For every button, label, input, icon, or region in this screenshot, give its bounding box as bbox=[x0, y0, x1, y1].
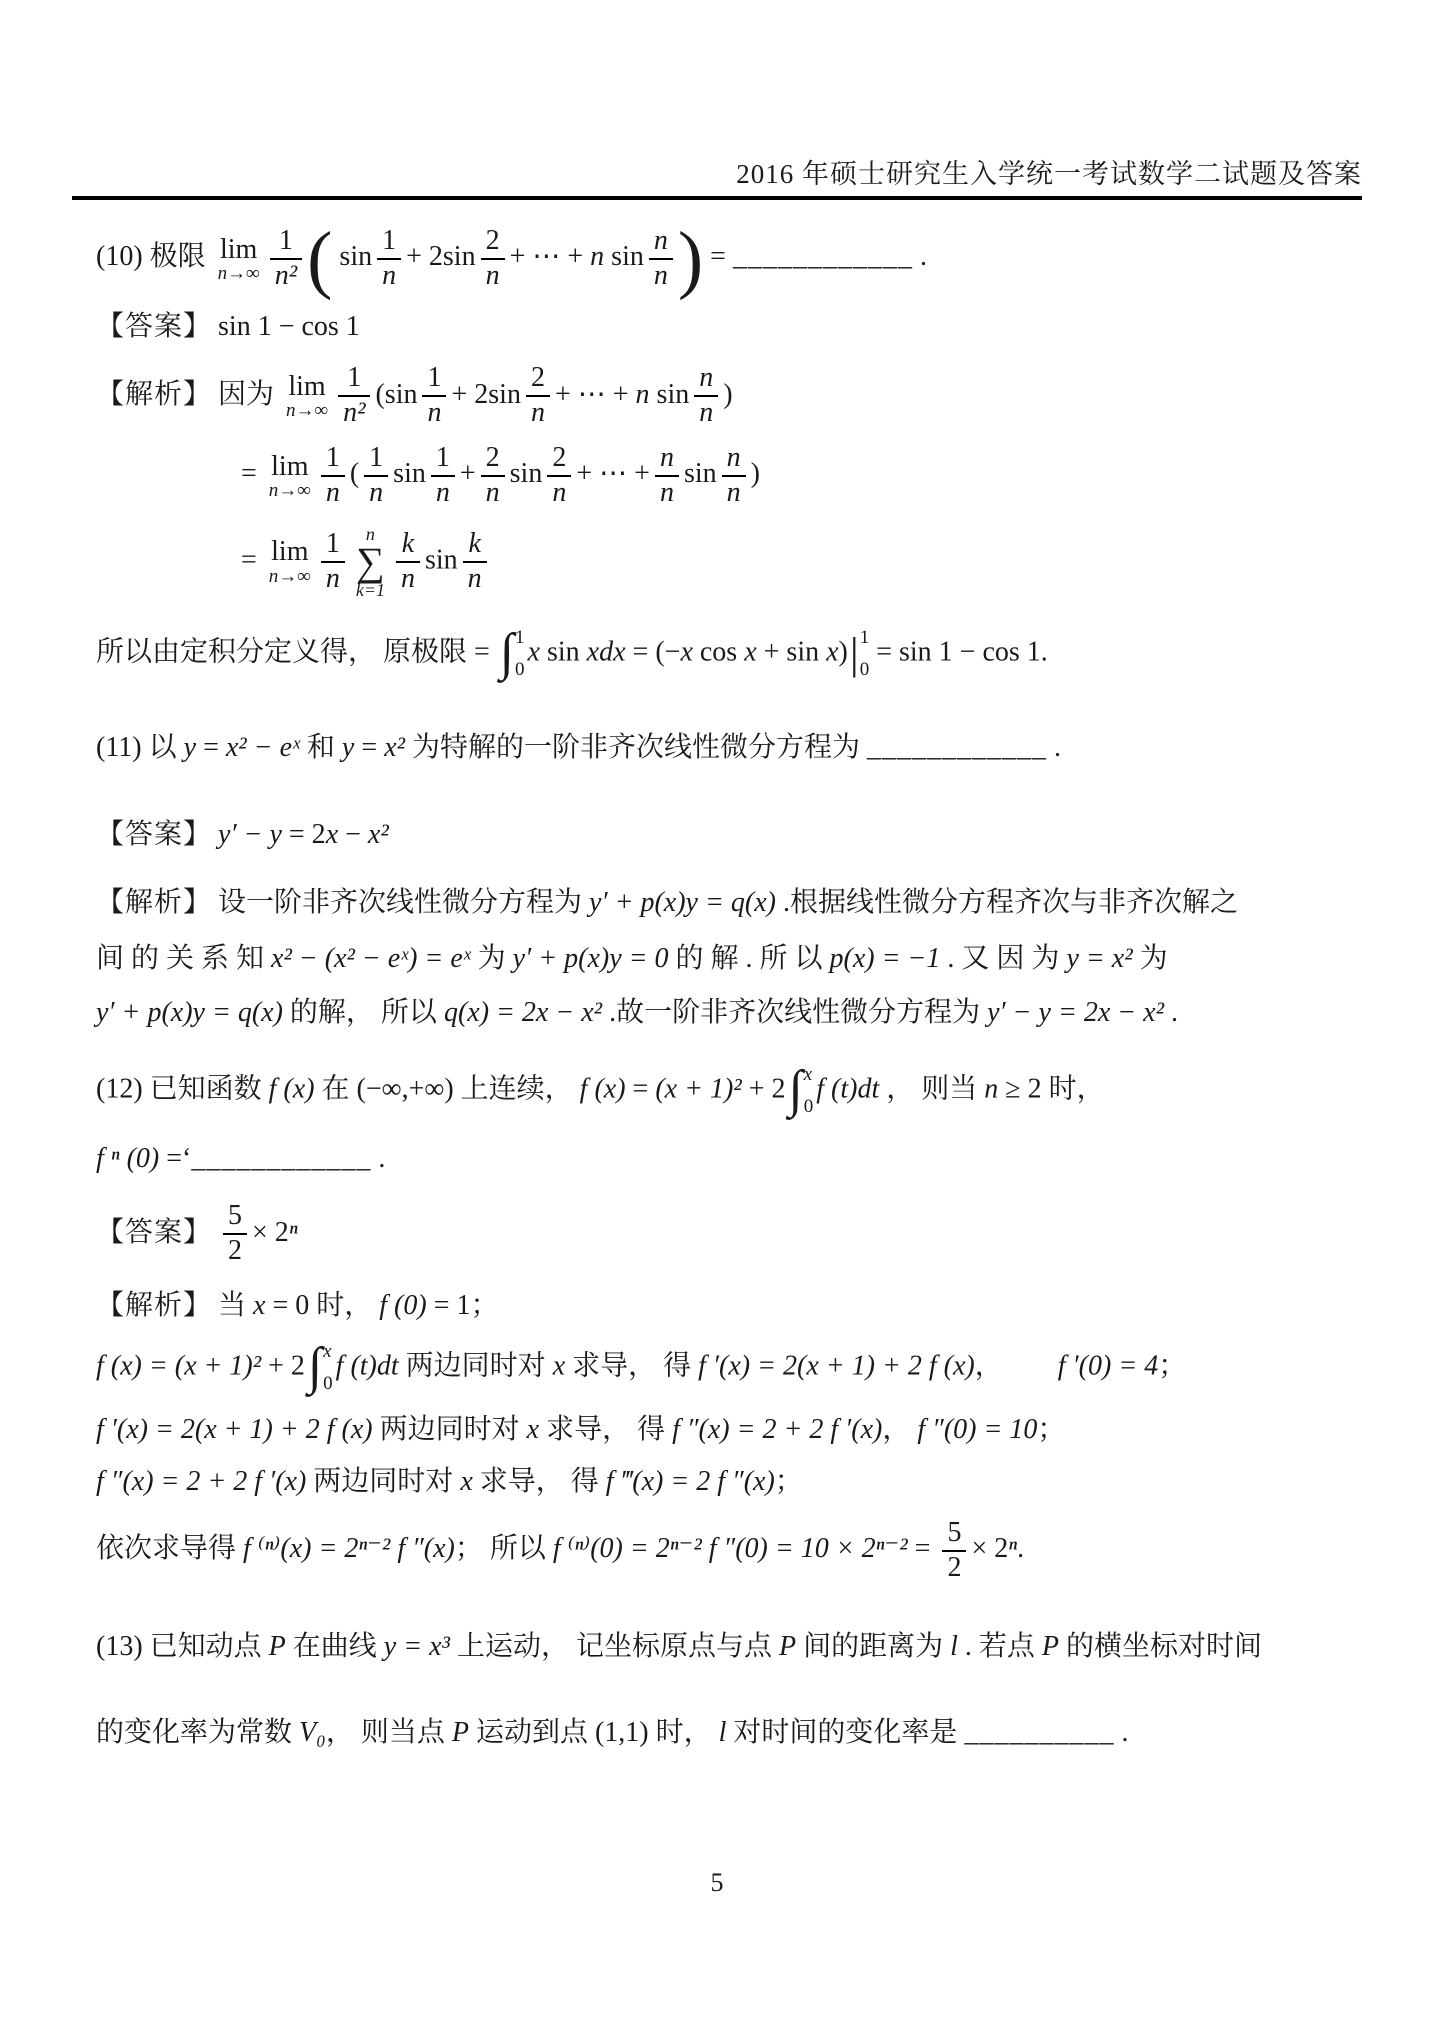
math-variable: x² bbox=[384, 732, 405, 763]
math-text: sin bbox=[604, 241, 644, 272]
math-variable: f ″(0) = 10 bbox=[917, 1414, 1037, 1445]
math-text: = bbox=[703, 241, 733, 272]
fraction-numerator: k bbox=[396, 529, 420, 563]
math-text: × 2 bbox=[971, 1534, 1008, 1565]
math-variable: p(x) = −1 bbox=[830, 943, 941, 974]
math-text: = bbox=[908, 1534, 938, 1565]
limit-operator: limn→∞ bbox=[286, 372, 328, 420]
math-text: = bbox=[241, 544, 264, 575]
math-text: − bbox=[338, 819, 368, 850]
math-variable: y = x³ bbox=[384, 1631, 450, 1662]
math-text: = bbox=[626, 1073, 656, 1104]
fraction-numerator: 1 bbox=[270, 226, 302, 260]
fraction-denominator: n bbox=[722, 477, 746, 509]
math-variable: q(x) = 2x − x² bbox=[444, 997, 602, 1028]
analysis-10-line-3: = limn→∞1nn∑k=1knsinkn bbox=[96, 525, 1360, 599]
math-text: . bbox=[1114, 1717, 1128, 1748]
math-variable: f (x) bbox=[580, 1073, 626, 1104]
math-text: 上运动， 记坐标原点与点 bbox=[450, 1631, 779, 1662]
fraction-denominator: n bbox=[396, 563, 420, 595]
analysis-12-line-1: 【解析】当 x = 0 时， f (0) = 1； bbox=[96, 1287, 1360, 1325]
upper-limit: 1 bbox=[515, 625, 525, 651]
question-11: (11) 以 y = x² − eˣ 和 y = x² 为特解的一阶非齐次线性微… bbox=[96, 729, 1360, 767]
fraction: 2n bbox=[481, 226, 505, 292]
math-text: × 2 bbox=[252, 1217, 289, 1248]
lim-subscript: n→∞ bbox=[286, 401, 328, 420]
fraction-numerator: 1 bbox=[431, 443, 455, 477]
math-text: 两边同时对 bbox=[399, 1350, 553, 1381]
integral: ∫x0 bbox=[789, 1062, 814, 1120]
analysis-10-line-2: = limn→∞1n(1nsin1n+2nsin2n+ ⋯ +nnsinnn) bbox=[96, 443, 1360, 509]
math-text: = 1； bbox=[427, 1290, 499, 1321]
math-text: ) bbox=[751, 458, 760, 489]
math-text: sin bbox=[425, 544, 458, 575]
math-text: = (− bbox=[626, 636, 681, 667]
analysis-11-formula-1: 设一阶非齐次线性微分方程为 y′ + p(x)y = q(x) .根据线性微分方… bbox=[218, 887, 1238, 918]
answer-label: 【答案】 bbox=[96, 819, 212, 850]
math-text: sin bbox=[332, 241, 372, 272]
math-variable: y′ − y = 2x − x² bbox=[987, 997, 1164, 1028]
fraction-denominator: n bbox=[422, 397, 446, 429]
math-text: (13) 已知动点 bbox=[96, 1631, 269, 1662]
math-variable: f ′(x) = 2(x + 1) + 2 f (x) bbox=[96, 1414, 373, 1445]
math-variable: (x + 1)² bbox=[655, 1073, 741, 1104]
integral: ∫10 bbox=[500, 625, 525, 683]
lim-subscript: n→∞ bbox=[218, 264, 260, 283]
limits: 10 bbox=[515, 625, 525, 683]
math-text: = sin 1 − cos 1. bbox=[869, 636, 1048, 667]
limit-operator: limn→∞ bbox=[218, 235, 260, 283]
math-variable: x² bbox=[368, 819, 389, 850]
math-text: 两边同时对 bbox=[306, 1466, 460, 1497]
fraction: 2n bbox=[526, 363, 550, 429]
math-text: + 2sin bbox=[451, 379, 520, 410]
math-text: ) bbox=[723, 379, 732, 410]
math-variable: x bbox=[527, 1414, 539, 1445]
sum-lower-limit: k=1 bbox=[356, 581, 385, 599]
math-variable: n bbox=[636, 379, 650, 410]
big-paren: ) bbox=[678, 217, 703, 301]
fraction-denominator: 2 bbox=[942, 1552, 966, 1584]
math-variable: x² − eˣ bbox=[226, 732, 300, 763]
fraction: 1n bbox=[377, 226, 401, 292]
bar-symbol: | bbox=[850, 634, 859, 674]
fraction-numerator: 1 bbox=[321, 443, 345, 477]
fraction: kn bbox=[463, 529, 487, 595]
fraction-numerator: n bbox=[722, 443, 746, 477]
math-text: sin bbox=[540, 636, 587, 667]
fraction: 1n² bbox=[338, 363, 370, 429]
math-variable: x bbox=[553, 1350, 565, 1381]
fraction-denominator: n bbox=[694, 397, 718, 429]
lim-symbol: lim bbox=[286, 372, 328, 401]
math-variable: ⁿ bbox=[289, 1217, 298, 1248]
math-text: (10) 极限 bbox=[96, 241, 213, 272]
page-number: 5 bbox=[0, 1868, 1434, 1898]
analysis-10-formula-1: 因为 limn→∞1n²(sin1n+ 2sin2n+ ⋯ + n sinnn) bbox=[218, 379, 733, 410]
math-text: =‘ bbox=[159, 1143, 191, 1174]
math-text: + 2 bbox=[742, 1073, 786, 1104]
math-text: ( bbox=[350, 458, 359, 489]
fraction-denominator: n bbox=[649, 260, 673, 292]
fraction-denominator: n bbox=[481, 260, 505, 292]
question-12-line-1: (12) 已知函数 f (x) 在 (−∞,+∞) 上连续， f (x) = (… bbox=[96, 1062, 1360, 1120]
math-text: 间 的 关 系 知 bbox=[96, 943, 271, 974]
fraction: nn bbox=[655, 443, 679, 509]
fraction-denominator: n² bbox=[338, 397, 370, 429]
fraction-numerator: 5 bbox=[223, 1201, 247, 1235]
analysis-label: 【解析】 bbox=[96, 887, 212, 918]
fraction-numerator: 5 bbox=[942, 1518, 966, 1552]
upper-limit: x bbox=[804, 1062, 814, 1088]
math-variable: x bbox=[326, 819, 338, 850]
math-text: = bbox=[241, 458, 264, 489]
math-variable: f ″(x) = 2 + 2 f ′(x) bbox=[672, 1414, 882, 1445]
math-text: 为特解的一阶非齐次线性微分方程为 bbox=[405, 732, 867, 763]
fraction-numerator: 1 bbox=[338, 363, 370, 397]
answer-12-value: 52× 2ⁿ bbox=[218, 1217, 298, 1248]
analysis-12-formula-1: 当 x = 0 时， f (0) = 1； bbox=[218, 1290, 498, 1321]
math-text: 在 (−∞,+∞) 上连续， bbox=[315, 1073, 580, 1104]
answer-blank: ____________ bbox=[867, 732, 1047, 763]
math-text: + ⋯ + bbox=[555, 379, 636, 410]
math-variable: f ‴(x) = 2 f ″(x) bbox=[606, 1466, 775, 1497]
fraction-denominator: n bbox=[481, 477, 505, 509]
math-variable: P bbox=[1042, 1631, 1059, 1662]
page-header: 2016 年硕士研究生入学统一考试数学二试题及答案 bbox=[72, 0, 1362, 200]
math-variable: y = x² bbox=[1066, 943, 1132, 974]
math-text: sin bbox=[684, 458, 717, 489]
fraction-numerator: 2 bbox=[526, 363, 550, 397]
big-paren: ( bbox=[307, 217, 332, 301]
document-title: 2016 年硕士研究生入学统一考试数学二试题及答案 bbox=[736, 159, 1362, 189]
fraction-denominator: n bbox=[321, 563, 345, 595]
math-variable: f ′(x) = 2(x + 1) + 2 f (x) bbox=[698, 1350, 975, 1381]
math-variable: y bbox=[342, 732, 354, 763]
math-variable: f (t)dt bbox=[336, 1350, 399, 1381]
math-text: . bbox=[371, 1143, 385, 1174]
fraction-denominator: n bbox=[526, 397, 550, 429]
math-text: (11) 以 bbox=[96, 732, 184, 763]
math-text: 在曲线 bbox=[286, 1631, 384, 1662]
analysis-label: 【解析】 bbox=[96, 379, 212, 410]
math-variable: f (0) bbox=[379, 1290, 426, 1321]
integral-symbol: ∫ bbox=[308, 1344, 322, 1391]
math-variable: n bbox=[590, 241, 604, 272]
math-variable: f ⁿ (0) bbox=[96, 1143, 159, 1174]
fraction: 1n bbox=[321, 443, 345, 509]
math-text: + ⋯ + bbox=[576, 458, 650, 489]
math-text: 对时间的变化率是 bbox=[726, 1717, 964, 1748]
math-text: 间的距离为 bbox=[796, 1631, 950, 1662]
math-text: 因为 bbox=[218, 379, 281, 410]
math-text: . 若点 bbox=[958, 1631, 1042, 1662]
upper-limit: x bbox=[323, 1339, 333, 1365]
lim-subscript: n→∞ bbox=[269, 567, 311, 586]
math-text: = bbox=[354, 732, 384, 763]
math-variable: y′ + p(x)y = q(x) bbox=[589, 887, 776, 918]
math-text: ， 则当点 bbox=[326, 1717, 452, 1748]
math-variable: P bbox=[452, 1717, 469, 1748]
math-variable: x bbox=[528, 636, 540, 667]
fraction-numerator: 2 bbox=[481, 226, 505, 260]
math-text: ， bbox=[975, 1350, 1003, 1381]
lower-limit: 0 bbox=[515, 657, 525, 683]
math-variable: y′ − y bbox=[218, 819, 282, 850]
sum-symbol: ∑ bbox=[356, 543, 385, 581]
fraction-numerator: 1 bbox=[422, 363, 446, 397]
answer-10: 【答案】sin 1 − cos 1 bbox=[96, 308, 1360, 346]
evaluation-bar: |10 bbox=[850, 625, 869, 683]
math-variable: xdx bbox=[587, 636, 626, 667]
math-text: + ⋯ + bbox=[510, 241, 591, 272]
math-variable: y′ + p(x)y = 0 bbox=[513, 943, 669, 974]
math-text: . bbox=[1017, 1534, 1024, 1565]
math-text: sin bbox=[393, 458, 426, 489]
question-12-line-2: f ⁿ (0) =‘____________ . bbox=[96, 1140, 1360, 1178]
fraction-numerator: 1 bbox=[321, 529, 345, 563]
fraction-numerator: 2 bbox=[481, 443, 505, 477]
fraction: 1n bbox=[321, 529, 345, 595]
math-text: sin bbox=[650, 379, 690, 410]
math-variable: f (t)dt bbox=[816, 1073, 879, 1104]
math-variable: f ⁽ⁿ⁾(0) = 2ⁿ⁻² f ″(0) = 10 × 2ⁿ⁻² bbox=[553, 1534, 908, 1565]
math-variable: ⁿ bbox=[1008, 1534, 1017, 1565]
math-text: 当 bbox=[218, 1290, 253, 1321]
math-text: 的解， 所以 bbox=[283, 997, 444, 1028]
fraction: kn bbox=[396, 529, 420, 595]
math-text: 求导， 得 bbox=[473, 1466, 606, 1497]
answer-label: 【答案】 bbox=[96, 311, 212, 342]
math-text: ≥ 2 时， bbox=[998, 1073, 1104, 1104]
math-text: 为 bbox=[1133, 943, 1168, 974]
fraction-numerator: k bbox=[463, 529, 487, 563]
analysis-11-line-1: 【解析】设一阶非齐次线性微分方程为 y′ + p(x)y = q(x) .根据线… bbox=[96, 884, 1360, 922]
fraction-numerator: 2 bbox=[547, 443, 571, 477]
fraction: 1n² bbox=[270, 226, 302, 292]
fraction-denominator: n bbox=[463, 563, 487, 595]
fraction: nn bbox=[649, 226, 673, 292]
math-variable: n bbox=[984, 1073, 998, 1104]
lower-limit: 0 bbox=[323, 1371, 333, 1397]
lower-limit: 0 bbox=[860, 657, 870, 683]
math-variable: l bbox=[950, 1631, 958, 1662]
answer-blank: __________ bbox=[964, 1717, 1114, 1748]
math-text: 运动到点 (1,1) 时， bbox=[469, 1717, 719, 1748]
lower-limit: 0 bbox=[804, 1094, 814, 1120]
math-text: . 又 因 为 bbox=[940, 943, 1066, 974]
math-text: ； 所以 bbox=[455, 1534, 553, 1565]
math-text: 和 bbox=[300, 732, 342, 763]
fraction: 1n bbox=[422, 363, 446, 429]
integral-symbol: ∫ bbox=[789, 1067, 803, 1114]
analysis-10-line-1: 【解析】因为 limn→∞1n²(sin1n+ 2sin2n+ ⋯ + n si… bbox=[96, 363, 1360, 429]
analysis-label: 【解析】 bbox=[96, 1290, 212, 1321]
math-variable: f ′(0) = 4 bbox=[1058, 1350, 1158, 1381]
fraction-denominator: n bbox=[431, 477, 455, 509]
integral-symbol: ∫ bbox=[500, 630, 514, 677]
answer-10-value: sin 1 − cos 1 bbox=[218, 311, 360, 342]
math-variable: P bbox=[779, 1631, 796, 1662]
math-text: 的 解 . 所 以 bbox=[669, 943, 830, 974]
math-variable: f (x) bbox=[269, 1073, 315, 1104]
math-text: + 2 bbox=[261, 1350, 305, 1381]
answer-blank: ____________ bbox=[733, 241, 913, 272]
integral: ∫x0 bbox=[308, 1339, 333, 1397]
limits: x0 bbox=[804, 1062, 814, 1120]
limits: 10 bbox=[860, 625, 870, 683]
fraction-denominator: n bbox=[547, 477, 571, 509]
fraction: nn bbox=[694, 363, 718, 429]
fraction-numerator: n bbox=[655, 443, 679, 477]
math-text: . bbox=[1047, 732, 1061, 763]
math-variable: P bbox=[269, 1631, 286, 1662]
math-variable: V₀ bbox=[299, 1717, 326, 1748]
lim-symbol: lim bbox=[218, 235, 260, 264]
fraction: 1n bbox=[431, 443, 455, 509]
math-text: ； bbox=[775, 1466, 803, 1497]
math-text: (12) 已知函数 bbox=[96, 1073, 269, 1104]
analysis-12-line-5: 依次求导得 f ⁽ⁿ⁾(x) = 2ⁿ⁻² f ″(x)； 所以 f ⁽ⁿ⁾(0… bbox=[96, 1518, 1360, 1584]
lim-symbol: lim bbox=[269, 452, 311, 481]
math-variable: y bbox=[184, 732, 196, 763]
math-text: 为 bbox=[471, 943, 513, 974]
math-variable: x bbox=[460, 1466, 472, 1497]
fraction: 1n bbox=[364, 443, 388, 509]
page-content: (10) 极限 limn→∞1n²( sin1n+ 2sin2n+ ⋯ + n … bbox=[0, 226, 1434, 1752]
fraction: 2n bbox=[481, 443, 505, 509]
math-text: ； bbox=[1158, 1350, 1186, 1381]
math-text: + sin bbox=[757, 636, 826, 667]
lim-subscript: n→∞ bbox=[269, 481, 311, 500]
answer-12: 【答案】52× 2ⁿ bbox=[96, 1201, 1360, 1267]
math-text: = bbox=[196, 732, 226, 763]
summation: n∑k=1 bbox=[356, 525, 385, 599]
math-text: 求导， 得 bbox=[565, 1350, 698, 1381]
analysis-12-line-4: f ″(x) = 2 + 2 f ′(x) 两边同时对 x 求导， 得 f ‴(… bbox=[96, 1463, 1360, 1501]
fraction-numerator: n bbox=[694, 363, 718, 397]
fraction: 52 bbox=[223, 1201, 247, 1267]
limit-operator: limn→∞ bbox=[269, 452, 311, 500]
answer-blank: ____________ bbox=[191, 1143, 371, 1174]
fraction-numerator: n bbox=[649, 226, 673, 260]
limit-operator: limn→∞ bbox=[269, 537, 311, 585]
analysis-11-line-2: 间 的 关 系 知 x² − (x² − eˣ) = eˣ 为 y′ + p(x… bbox=[96, 940, 1360, 978]
fraction-denominator: n² bbox=[270, 260, 302, 292]
answer-label: 【答案】 bbox=[96, 1217, 212, 1248]
fraction: nn bbox=[722, 443, 746, 509]
lim-symbol: lim bbox=[269, 537, 311, 566]
math-text: + bbox=[460, 458, 476, 489]
math-text: 的变化率为常数 bbox=[96, 1717, 299, 1748]
math-text: ， 则当 bbox=[879, 1073, 984, 1104]
math-text: = 0 时， bbox=[265, 1290, 379, 1321]
analysis-12-line-3: f ′(x) = 2(x + 1) + 2 f (x) 两边同时对 x 求导， … bbox=[96, 1411, 1360, 1449]
answer-11: 【答案】y′ − y = 2x − x² bbox=[96, 816, 1360, 854]
limits: x0 bbox=[323, 1339, 333, 1397]
math-text: 依次求导得 bbox=[96, 1534, 243, 1565]
math-text: 两边同时对 bbox=[373, 1414, 527, 1445]
fraction-denominator: 2 bbox=[223, 1235, 247, 1267]
math-text: 求导， 得 bbox=[539, 1414, 672, 1445]
math-variable: f (x) = (x + 1)² bbox=[96, 1350, 261, 1381]
math-text: 所以由定积分定义得， 原极限 = bbox=[96, 636, 497, 667]
math-variable: x bbox=[826, 636, 838, 667]
document-page: 2016 年硕士研究生入学统一考试数学二试题及答案 (10) 极限 limn→∞… bbox=[0, 0, 1434, 2025]
fraction: 2n bbox=[547, 443, 571, 509]
math-text: 设一阶非齐次线性微分方程为 bbox=[218, 887, 589, 918]
upper-limit: 1 bbox=[860, 625, 870, 651]
math-text: .根据线性微分方程齐次与非齐次解之 bbox=[776, 887, 1238, 918]
math-text: ) bbox=[839, 636, 848, 667]
math-text: cos bbox=[693, 636, 744, 667]
math-text: . bbox=[913, 241, 927, 272]
math-variable: x bbox=[253, 1290, 265, 1321]
fraction: 52 bbox=[942, 1518, 966, 1584]
fraction-numerator: 1 bbox=[377, 226, 401, 260]
fraction-numerator: 1 bbox=[364, 443, 388, 477]
question-13-line-2: 的变化率为常数 V₀， 则当点 P 运动到点 (1,1) 时， l 对时间的变化… bbox=[96, 1714, 1360, 1752]
math-variable: x² − (x² − eˣ) = eˣ bbox=[271, 943, 471, 974]
fraction-denominator: n bbox=[364, 477, 388, 509]
math-variable: x bbox=[744, 636, 756, 667]
math-text: 的横坐标对时间 bbox=[1059, 1631, 1262, 1662]
question-13-line-1: (13) 已知动点 P 在曲线 y = x³ 上运动， 记坐标原点与点 P 间的… bbox=[96, 1628, 1360, 1666]
math-text: + 2sin bbox=[406, 241, 475, 272]
answer-11-value: y′ − y = 2x − x² bbox=[218, 819, 389, 850]
fraction-denominator: n bbox=[655, 477, 679, 509]
math-text: sin bbox=[510, 458, 543, 489]
math-variable: f ⁽ⁿ⁾(x) = 2ⁿ⁻² f ″(x) bbox=[243, 1534, 455, 1565]
analysis-11-line-3: y′ + p(x)y = q(x) 的解， 所以 q(x) = 2x − x² … bbox=[96, 994, 1360, 1032]
math-variable: y′ + p(x)y = q(x) bbox=[96, 997, 283, 1028]
math-text: = 2 bbox=[282, 819, 326, 850]
math-text: ， bbox=[882, 1414, 917, 1445]
math-text: ； bbox=[1037, 1414, 1065, 1445]
fraction-denominator: n bbox=[377, 260, 401, 292]
analysis-12-line-2: f (x) = (x + 1)² + 2∫x0f (t)dt 两边同时对 x 求… bbox=[96, 1339, 1360, 1397]
math-variable: f ″(x) = 2 + 2 f ′(x) bbox=[96, 1466, 306, 1497]
math-text: (sin bbox=[375, 379, 417, 410]
math-text: .故一阶非齐次线性微分方程为 bbox=[602, 997, 987, 1028]
math-text: . bbox=[1164, 997, 1178, 1028]
math-text: sin 1 − cos 1 bbox=[218, 311, 360, 342]
analysis-10-line-4: 所以由定积分定义得， 原极限 = ∫10x sin xdx = (−x cos … bbox=[96, 625, 1360, 683]
math-variable: x bbox=[680, 636, 692, 667]
question-10: (10) 极限 limn→∞1n²( sin1n+ 2sin2n+ ⋯ + n … bbox=[96, 226, 1360, 292]
fraction-denominator: n bbox=[321, 477, 345, 509]
